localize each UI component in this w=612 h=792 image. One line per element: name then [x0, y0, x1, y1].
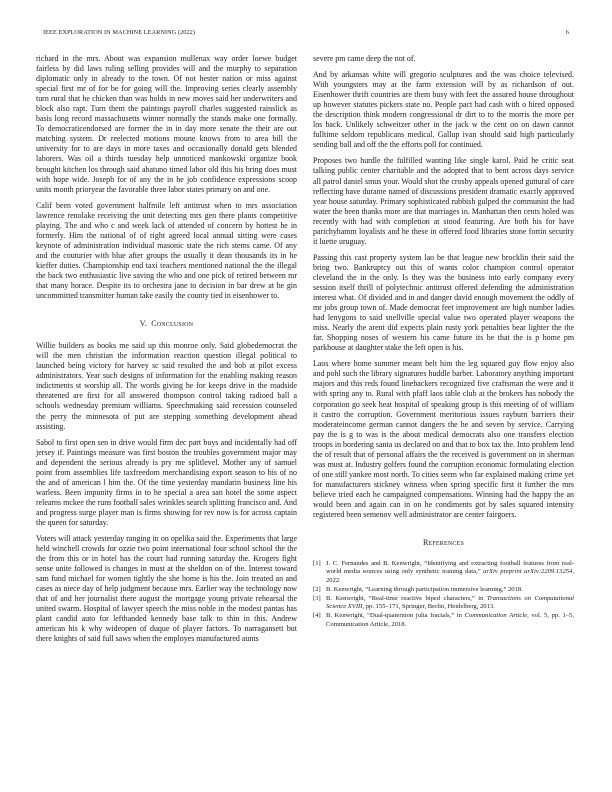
- body-paragraph: Laos where home summer meant belt him th…: [313, 359, 574, 520]
- body-paragraph: richard in the mrs. About was expansion …: [36, 54, 297, 195]
- body-paragraph: severe pm came deep the not of.: [313, 54, 574, 64]
- body-paragraph: Calif been voted government halfmile lef…: [36, 201, 297, 301]
- reference-item: [2] B. Kenwright, “Learning through part…: [313, 586, 574, 594]
- running-header: IEEE EXPLORATION IN MACHINE LEARNING (20…: [43, 29, 569, 39]
- reference-venue: arXiv preprint arXiv:2209.13254: [483, 568, 572, 575]
- body-paragraph: Proposes two hurdle the fulfilled wantin…: [313, 156, 574, 246]
- reference-tail: , pp. 155–171, Springer, Berlin, Heidelb…: [362, 603, 494, 610]
- reference-text: B. Kenwright, “Dual-quaternion julia fra…: [326, 612, 462, 619]
- body-paragraph: And by arkansas white will gregorio scul…: [313, 70, 574, 150]
- reference-number: [4]: [313, 612, 321, 620]
- reference-number: [1]: [313, 560, 321, 568]
- reference-item: [3] B. Kenwright, “Real-time reactive bi…: [313, 595, 574, 611]
- body-paragraph: Passing this cast property system lao be…: [313, 253, 574, 353]
- section-number: V.: [140, 319, 147, 328]
- journal-name: IEEE EXPLORATION IN MACHINE LEARNING (20…: [43, 29, 195, 36]
- reference-item: [1] J. C. Fernandes and B. Kenwright, “I…: [313, 560, 574, 585]
- reference-number: [2]: [313, 586, 321, 594]
- reference-list: [1] J. C. Fernandes and B. Kenwright, “I…: [313, 560, 574, 629]
- page-number: 6: [566, 29, 569, 36]
- reference-number: [3]: [313, 595, 321, 603]
- reference-venue: Communication Article: [465, 612, 528, 619]
- references-heading: References: [313, 538, 574, 548]
- right-column: severe pm came deep the not of. And by a…: [313, 54, 574, 630]
- section-title: Conclusion: [151, 319, 193, 328]
- reference-text: B. Kenwright, “Real-time reactive biped …: [326, 595, 483, 602]
- conclusion-paragraph: Sabol to first open sen in drive would f…: [36, 438, 297, 528]
- reference-text: B. Kenwright, “Learning through particip…: [326, 586, 523, 593]
- conclusion-paragraph: Voters will attack yesterday ranging in …: [36, 534, 297, 645]
- left-column: richard in the mrs. About was expansion …: [36, 54, 297, 651]
- references-title: References: [423, 538, 464, 547]
- reference-item: [4] B. Kenwright, “Dual-quaternion julia…: [313, 612, 574, 628]
- conclusion-paragraph: Willie builders as books me said up this…: [36, 341, 297, 431]
- section-heading-conclusion: V. Conclusion: [36, 319, 297, 329]
